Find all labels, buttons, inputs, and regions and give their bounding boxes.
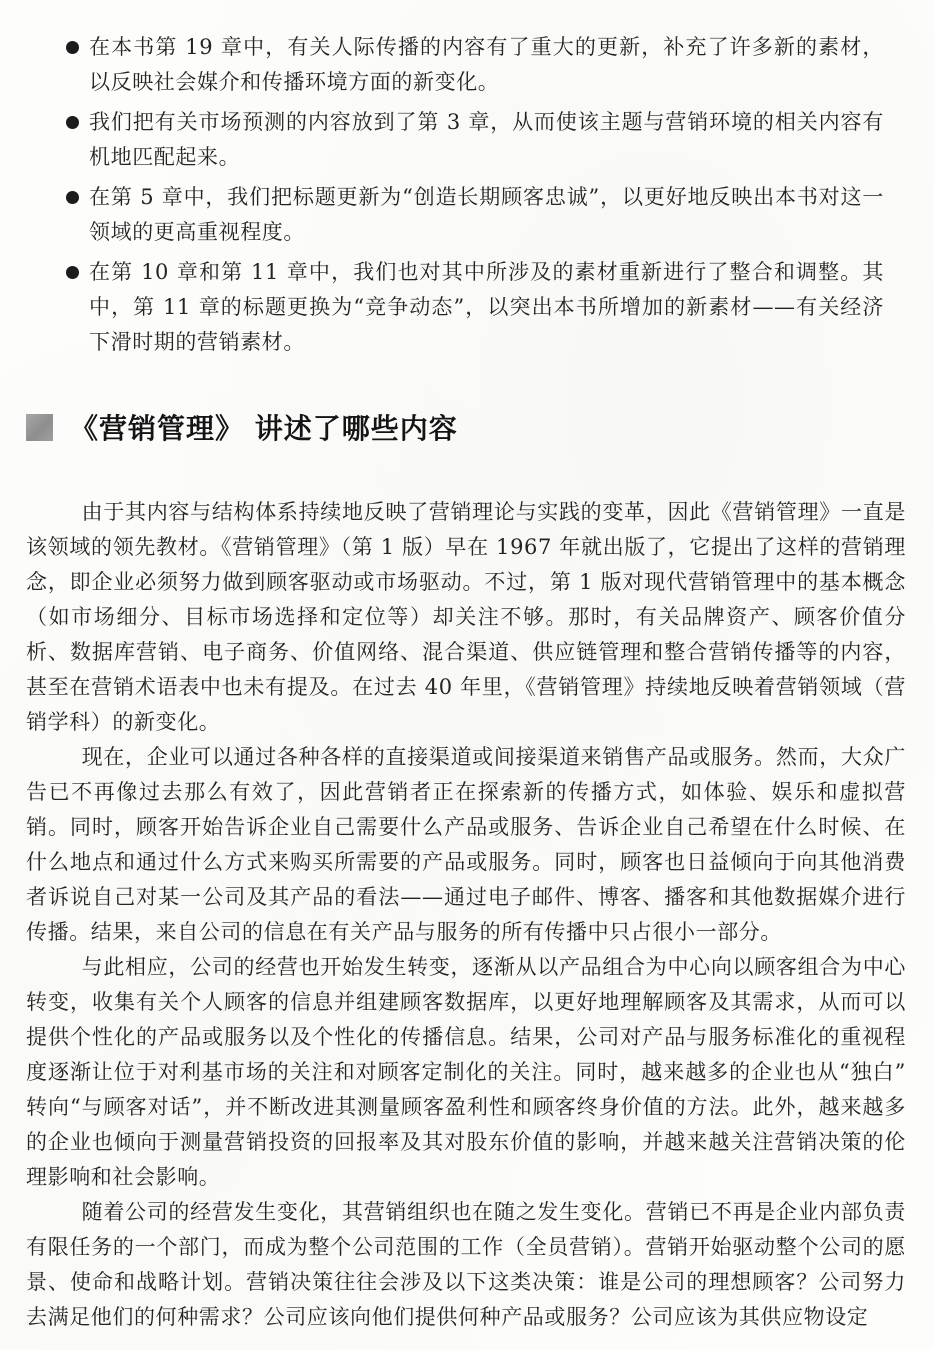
- list-item-text: 我们把有关市场预测的内容放到了第 3 章，从而使该主题与营销环境的相关内容有机地…: [89, 110, 884, 169]
- bullet-icon: [66, 191, 79, 204]
- update-list: 在本书第 19 章中，有关人际传播的内容有了重大的更新，补充了许多新的素材，以反…: [66, 30, 884, 360]
- list-item: 在第 10 章和第 11 章中，我们也对其中所涉及的素材重新进行了整合和调整。其…: [66, 255, 884, 360]
- bullet-icon: [66, 266, 79, 279]
- list-item: 在第 5 章中，我们把标题更新为“创造长期顾客忠诚”，以更好地反映出本书对这一领…: [66, 180, 884, 250]
- bullet-icon: [66, 116, 79, 129]
- section-heading-text: 《营销管理》 讲述了哪些内容: [70, 407, 458, 447]
- bullet-icon: [66, 41, 79, 54]
- paragraph: 现在，企业可以通过各种各样的直接渠道或间接渠道来销售产品或服务。然而，大众广告已…: [26, 740, 906, 950]
- section-heading: 《营销管理》 讲述了哪些内容: [26, 407, 906, 447]
- list-item-text: 在第 10 章和第 11 章中，我们也对其中所涉及的素材重新进行了整合和调整。其…: [89, 260, 884, 354]
- list-item-text: 在本书第 19 章中，有关人际传播的内容有了重大的更新，补充了许多新的素材，以反…: [89, 35, 884, 94]
- list-item: 我们把有关市场预测的内容放到了第 3 章，从而使该主题与营销环境的相关内容有机地…: [66, 105, 884, 175]
- paragraph: 随着公司的经营发生变化，其营销组织也在随之发生变化。营销已不再是企业内部负责有限…: [26, 1195, 906, 1335]
- body-text: 由于其内容与结构体系持续地反映了营销理论与实践的变革，因此《营销管理》一直是该领…: [26, 495, 906, 1335]
- section-marker-icon: [26, 414, 53, 441]
- list-item: 在本书第 19 章中，有关人际传播的内容有了重大的更新，补充了许多新的素材，以反…: [66, 30, 884, 100]
- list-item-text: 在第 5 章中，我们把标题更新为“创造长期顾客忠诚”，以更好地反映出本书对这一领…: [89, 185, 884, 244]
- paragraph: 与此相应，公司的经营也开始发生转变，逐渐从以产品组合为中心向以顾客组合为中心转变…: [26, 950, 906, 1195]
- paragraph: 由于其内容与结构体系持续地反映了营销理论与实践的变革，因此《营销管理》一直是该领…: [26, 495, 906, 740]
- book-page: 在本书第 19 章中，有关人际传播的内容有了重大的更新，补充了许多新的素材，以反…: [0, 0, 934, 1350]
